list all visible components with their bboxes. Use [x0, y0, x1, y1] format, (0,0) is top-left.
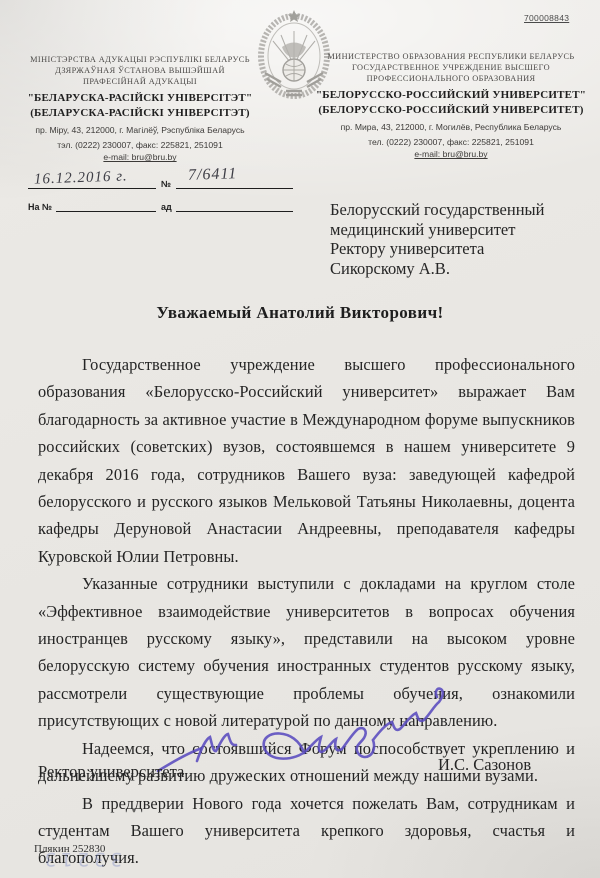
- ministry-line: ГОСУДАРСТВЕННОЕ УЧРЕЖДЕНИЕ ВЫСШЕГО: [314, 63, 588, 74]
- university-email: e-mail: bru@bru.by: [314, 148, 588, 160]
- letterhead-belarusian: МІНІСТЭРСТВА АДУКАЦЫІ РЭСПУБЛІКІ БЕЛАРУС…: [12, 55, 268, 163]
- addressee-line: медицинский университет: [330, 220, 570, 240]
- on-number-label: На №: [28, 202, 52, 212]
- from-label: ад: [161, 202, 172, 212]
- university-name-quoted: "БЕЛОРУССКО-РОССИЙСКИЙ УНИВЕРСИТЕТ": [314, 88, 588, 103]
- signer-name: И.С. Сазонов: [438, 755, 531, 775]
- university-name-paren: (БЕЛАРУСКА-РАСІЙСКІ УНІВЕРСІТЭТ): [12, 106, 268, 121]
- date-underline: [28, 188, 156, 189]
- salutation: Уважаемый Анатолий Викторович!: [0, 303, 600, 323]
- number-underline: [176, 188, 293, 189]
- addressee-block: Белорусский государственный медицинский …: [330, 200, 570, 278]
- addressee-line: Белорусский государственный: [330, 200, 570, 220]
- scanned-letter-page: 700008843 МІНІСТЭРСТВА АДУКАЦЫІ РЭСПУБЛІ…: [0, 0, 600, 878]
- letterhead-russian: МИНИСТЕРСТВО ОБРАЗОВАНИЯ РЕСПУБЛИКИ БЕЛА…: [314, 52, 588, 160]
- addressee-line: Сикорскому А.В.: [330, 259, 570, 279]
- ministry-line: ПРОФЕССИОНАЛЬНОГО ОБРАЗОВАНИЯ: [314, 74, 588, 85]
- university-name-quoted: "БЕЛАРУСКА-РАСІЙСКІ УНІВЕРСІТЭТ": [12, 91, 268, 106]
- incoming-number-underline: [56, 211, 156, 212]
- scan-id-number: 700008843: [524, 13, 569, 23]
- handwritten-outgoing-number: 7/6411: [188, 165, 238, 185]
- reference-block: 16.12.2016 г. № 7/6411 На № ад: [28, 168, 293, 220]
- from-underline: [176, 211, 293, 212]
- addressee-line: Ректору университета: [330, 239, 570, 259]
- handwritten-signature: [152, 665, 452, 780]
- reference-row-incoming: На № ад: [28, 194, 293, 220]
- letter-body: Государственное учреждение высшего профе…: [38, 351, 575, 872]
- bleed-through-digits: 33213: [22, 848, 122, 870]
- university-email: e-mail: bru@bru.by: [12, 151, 268, 163]
- ministry-line: МІНІСТЭРСТВА АДУКАЦЫІ РЭСПУБЛІКІ БЕЛАРУС…: [12, 55, 268, 66]
- reference-row-date-number: 16.12.2016 г. № 7/6411: [28, 168, 293, 194]
- university-phone: тел. (0222) 230007, факс: 225821, 251091: [314, 136, 588, 148]
- number-sign-label: №: [161, 179, 171, 189]
- handwritten-date: 16.12.2016 г.: [34, 168, 128, 188]
- ministry-line: ДЗЯРЖАЎНАЯ ЎСТАНОВА ВЫШЭЙШАЙ: [12, 66, 268, 77]
- signer-position-title: Ректор университета: [38, 762, 184, 782]
- ministry-line: МИНИСТЕРСТВО ОБРАЗОВАНИЯ РЕСПУБЛИКИ БЕЛА…: [314, 52, 588, 63]
- university-address: пр. Міру, 43, 212000, г. Магілёў, Рэспуб…: [12, 124, 268, 136]
- university-name-paren: (БЕЛОРУССКО-РОССИЙСКИЙ УНИВЕРСИТЕТ): [314, 103, 588, 118]
- ministry-line: ПРАФЕСІЙНАЙ АДУКАЦЫІ: [12, 77, 268, 88]
- university-address: пр. Мира, 43, 212000, г. Могилёв, Респуб…: [314, 121, 588, 133]
- university-phone: тэл. (0222) 230007, факс: 225821, 251091: [12, 139, 268, 151]
- body-paragraph: Государственное учреждение высшего профе…: [38, 351, 575, 570]
